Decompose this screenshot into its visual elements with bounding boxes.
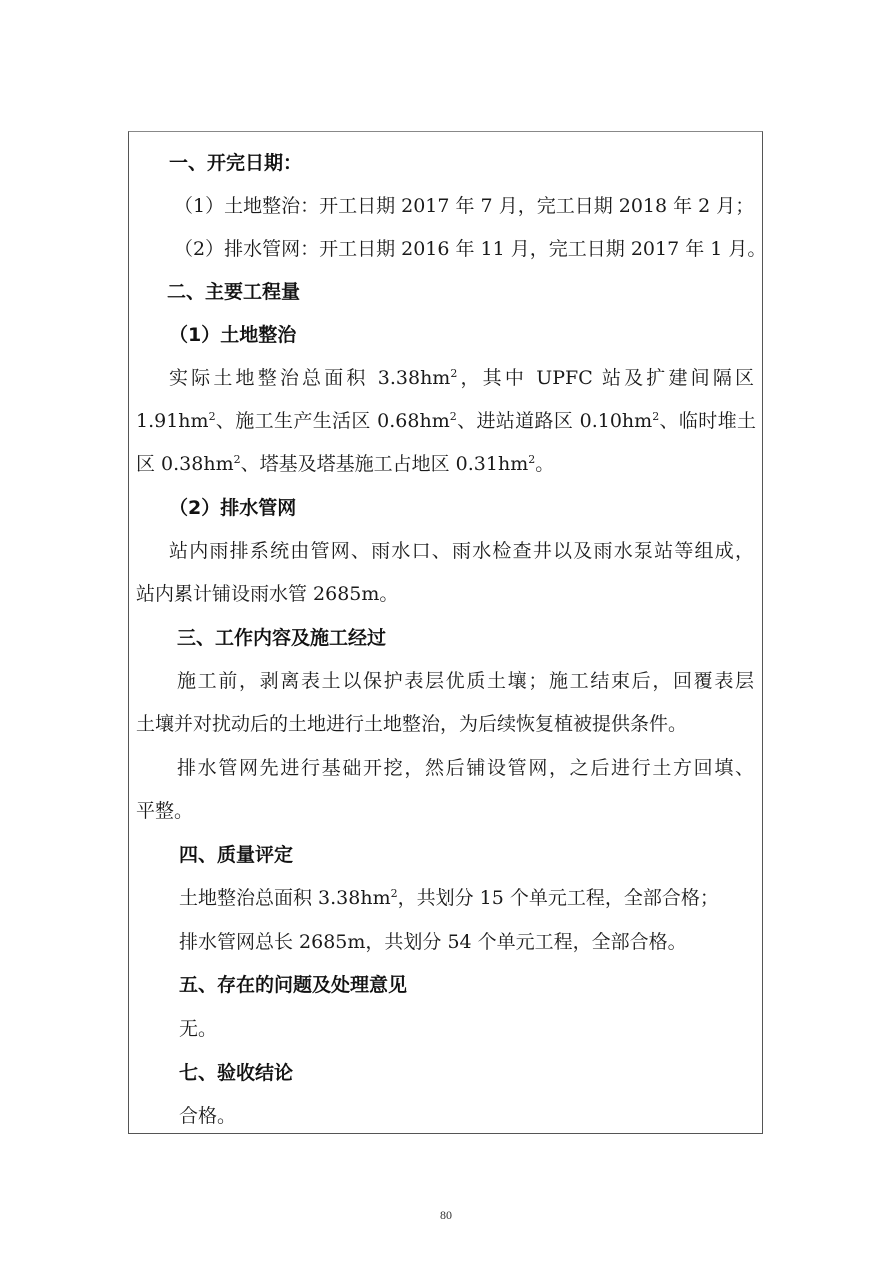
quality-line-drainage: 排水管网总长 2685m，共划分 54 个单元工程，全部合格。 [179, 930, 687, 954]
drainage-paragraph-line-2: 站内累计铺设雨水管 2685m。 [136, 582, 398, 606]
acceptance-conclusion-text: 合格。 [179, 1104, 236, 1128]
section-heading-dates: 一、开完日期： [169, 151, 302, 175]
date-line-land-remediation: （1）土地整治：开工日期 2017 年 7 月，完工日期 2018 年 2 月； [174, 194, 754, 218]
date-line-drainage: （2）排水管网：开工日期 2016 年 11 月，完工日期 2017 年 1 月… [174, 237, 766, 261]
section-heading-issues: 五、存在的问题及处理意见 [179, 973, 407, 997]
section-heading-quantities: 二、主要工程量 [167, 280, 300, 304]
content-table-cell: 一、开完日期： （1）土地整治：开工日期 2017 年 7 月，完工日期 201… [128, 131, 763, 1134]
work-content-paragraph-1-line-1: 施工前，剥离表土以保护表层优质土壤；施工结束后，回覆表层 [177, 669, 754, 693]
section-heading-acceptance-conclusion: 七、验收结论 [179, 1061, 293, 1085]
quality-line-land-remediation: 土地整治总面积 3.38hm2，共划分 15 个单元工程，全部合格； [179, 886, 719, 910]
subsection-heading-drainage: （2）排水管网 [169, 496, 296, 520]
issues-text: 无。 [179, 1017, 217, 1041]
work-content-paragraph-2-line-1: 排水管网先进行基础开挖，然后铺设管网，之后进行土方回填、 [177, 756, 754, 780]
page-number: 80 [0, 1208, 892, 1223]
subsection-heading-land-remediation: （1）土地整治 [169, 323, 296, 347]
work-content-paragraph-2-line-2: 平整。 [136, 799, 193, 823]
land-remediation-paragraph-line-3: 区 0.38hm2、塔基及塔基施工占地区 0.31hm2。 [136, 452, 554, 476]
land-remediation-paragraph-line-2: 1.91hm2、施工生产生活区 0.68hm2、进站道路区 0.10hm2、临时… [136, 409, 756, 433]
section-heading-quality-assessment: 四、质量评定 [179, 843, 293, 867]
work-content-paragraph-1-line-2: 土壤并对扰动后的土地进行土地整治，为后续恢复植被提供条件。 [136, 712, 687, 736]
land-remediation-paragraph-line-1: 实际土地整治总面积 3.38hm2，其中 UPFC 站及扩建间隔区 [169, 366, 754, 390]
drainage-paragraph-line-1: 站内雨排系统由管网、雨水口、雨水检查井以及雨水泵站等组成， [169, 539, 754, 563]
section-heading-work-content: 三、工作内容及施工经过 [177, 626, 386, 650]
